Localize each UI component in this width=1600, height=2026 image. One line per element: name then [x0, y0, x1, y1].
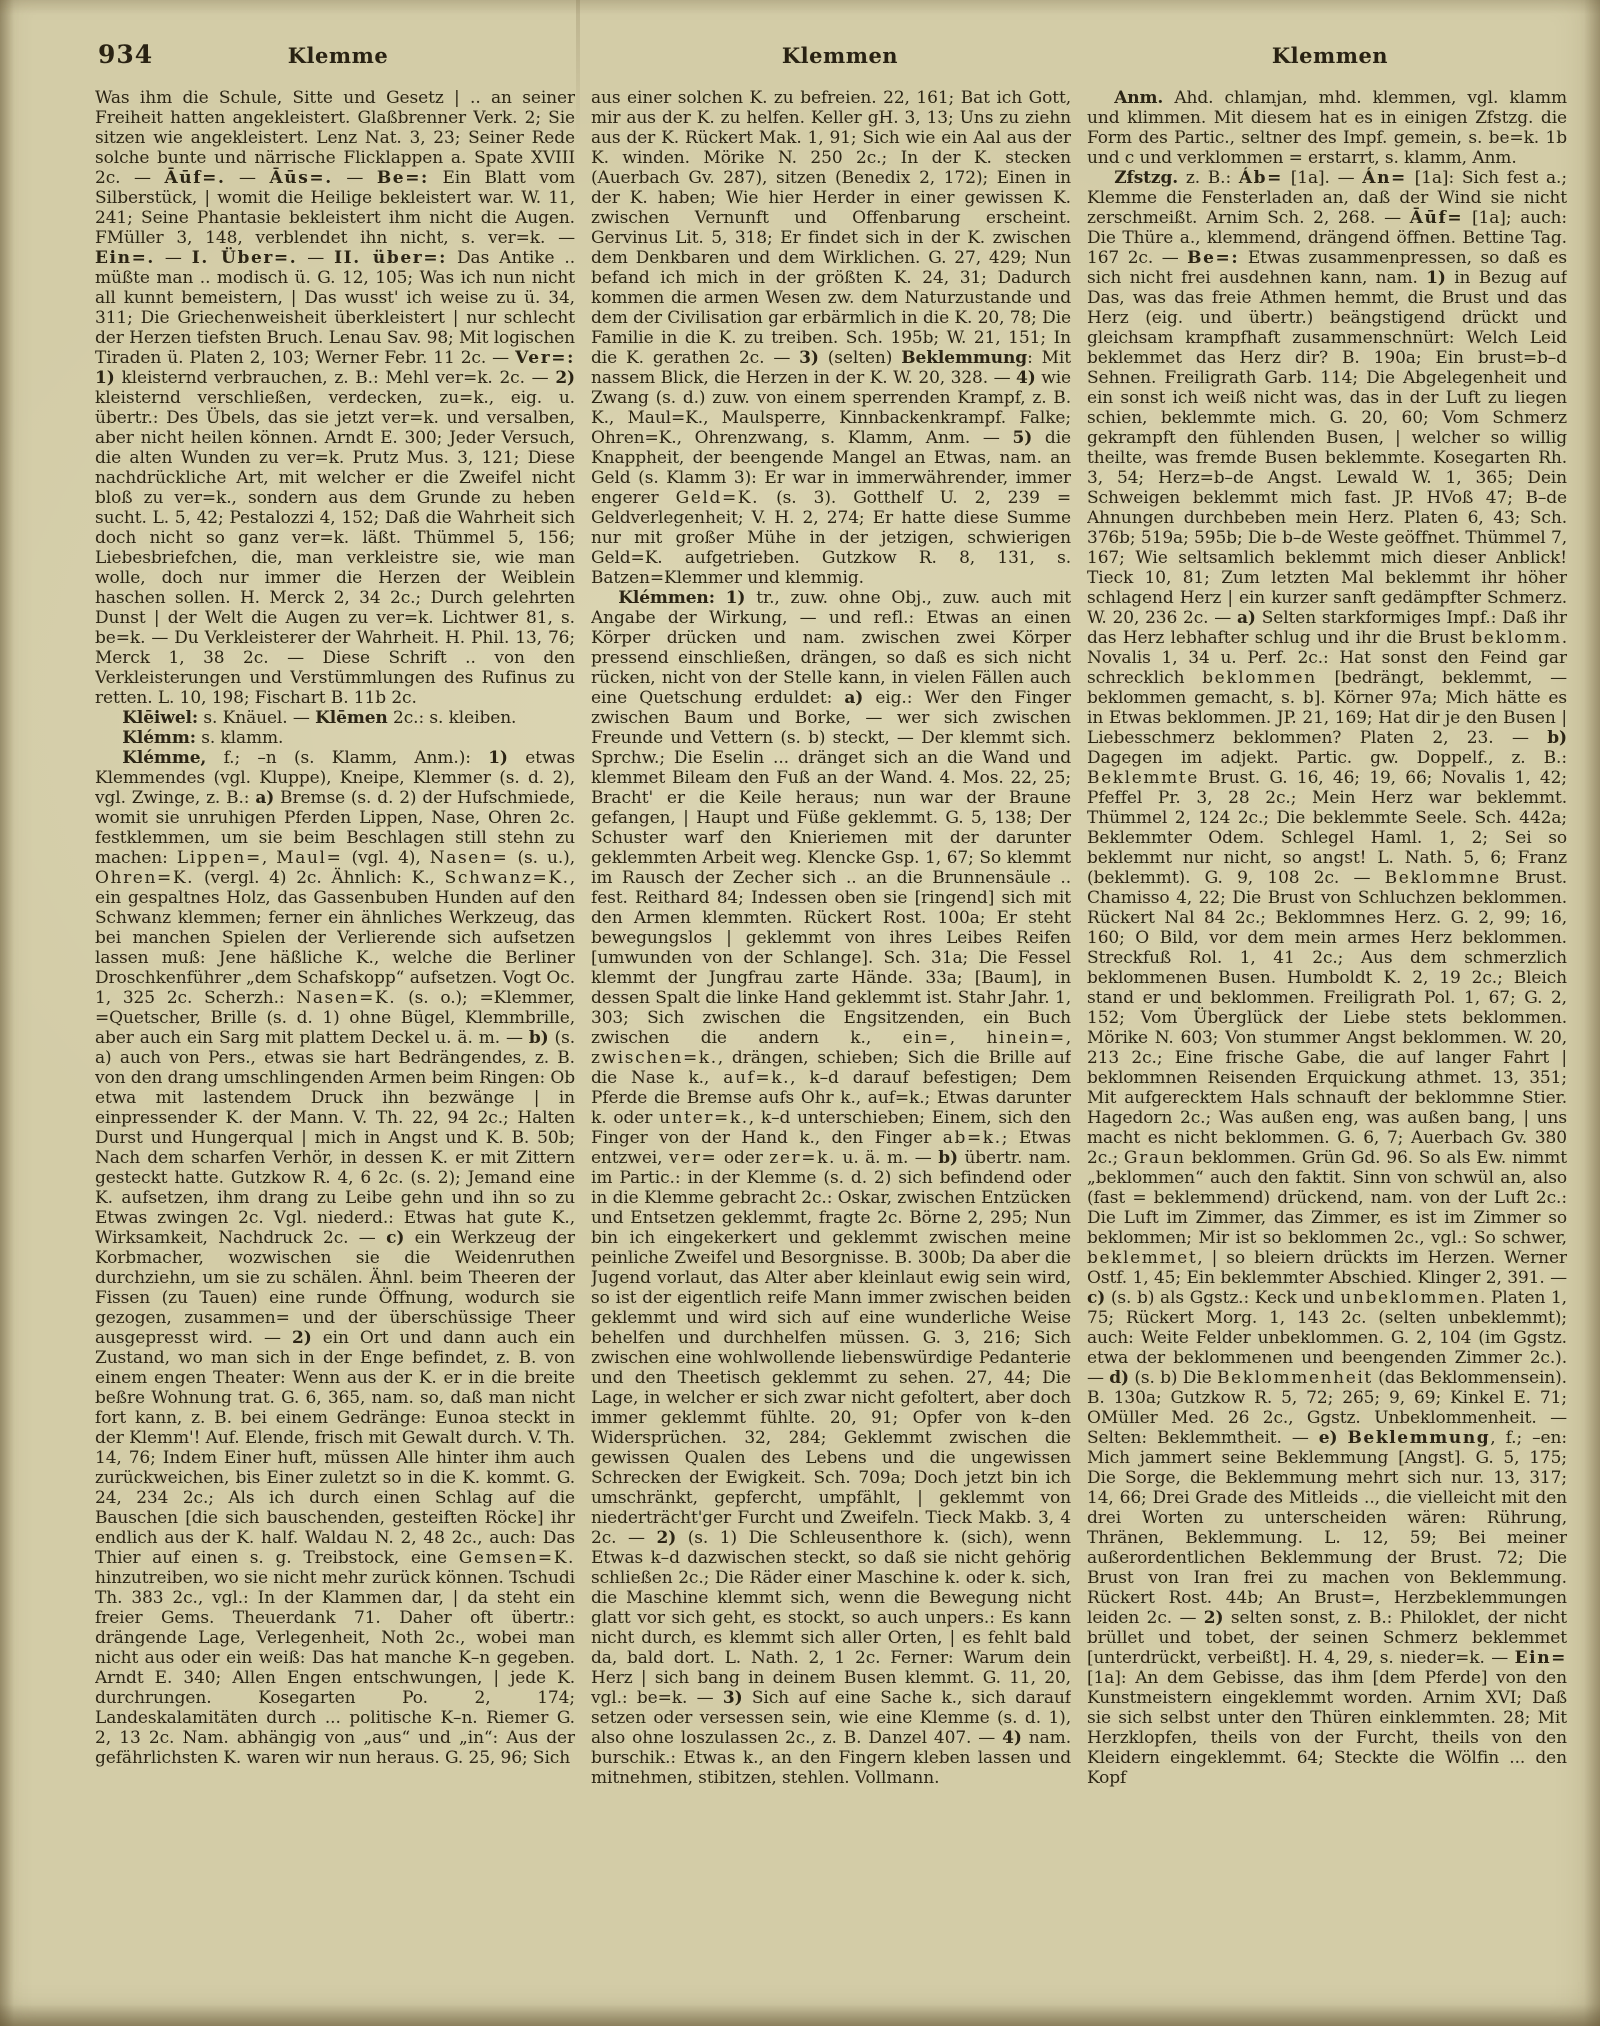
- column-3: Anm. Ahd. chlamjan, mhd. klemmen, vgl. k…: [1087, 88, 1567, 1800]
- column-1: Was ihm die Schule, Sitte und Gesetz | .…: [95, 88, 575, 1800]
- paragraph: Klémmen: 1) tr., zuw. ohne Obj., zuw. au…: [591, 588, 1071, 1788]
- running-head-center: Klemmen: [782, 43, 898, 68]
- paragraph: Klémm: s. klamm.: [95, 728, 575, 748]
- text-columns: Was ihm die Schule, Sitte und Gesetz | .…: [95, 88, 1567, 1800]
- paragraph: Klémme, f.; –n (s. Klamm, Anm.): 1) etwa…: [95, 748, 575, 1768]
- dictionary-page: 934 Klemme Klemmen Klemmen Was ihm die S…: [0, 0, 1600, 2026]
- page-number: 934: [98, 40, 153, 69]
- paragraph: Zfstzg. z. B.: Áb= [1a]. — Án= [1a]: Sic…: [1087, 168, 1567, 1788]
- column-2: aus einer solchen K. zu befreien. 22, 16…: [591, 88, 1071, 1800]
- paragraph: aus einer solchen K. zu befreien. 22, 16…: [591, 88, 1071, 588]
- running-head-left: Klemme: [288, 43, 388, 68]
- page-header: 934 Klemme Klemmen Klemmen: [0, 40, 1600, 80]
- paragraph: Was ihm die Schule, Sitte und Gesetz | .…: [95, 88, 575, 708]
- paragraph: Klēiwel: s. Knäuel. — Klēmen 2c.: s. kle…: [95, 708, 575, 728]
- running-head-right: Klemmen: [1272, 43, 1388, 68]
- paragraph: Anm. Ahd. chlamjan, mhd. klemmen, vgl. k…: [1087, 88, 1567, 168]
